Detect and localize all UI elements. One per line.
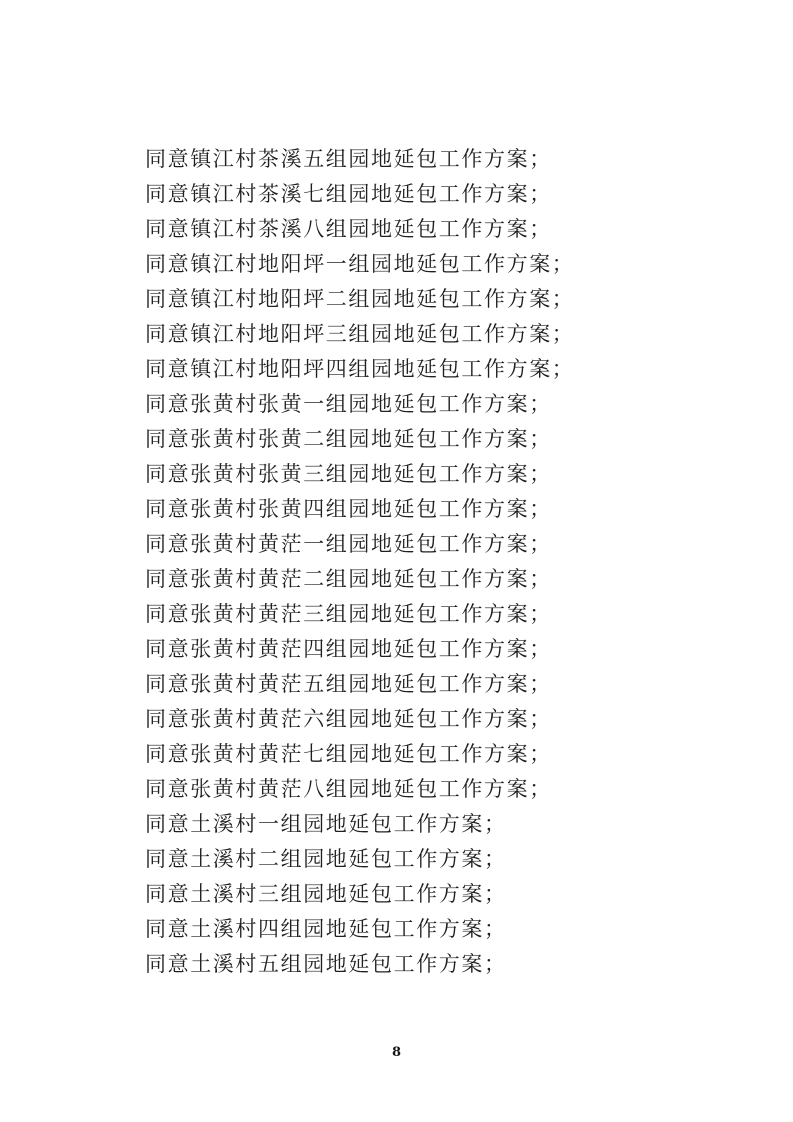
document-line: 同意土溪村三组园地延包工作方案； [145, 877, 733, 912]
document-page: 同意镇江村茶溪五组园地延包工作方案； 同意镇江村茶溪七组园地延包工作方案； 同意… [0, 0, 793, 1122]
document-line: 同意张黄村黄茫四组园地延包工作方案； [145, 632, 733, 667]
page-footer: 8 [0, 1041, 793, 1060]
document-line: 同意张黄村张黄二组园地延包工作方案； [145, 422, 733, 457]
document-line: 同意镇江村茶溪八组园地延包工作方案； [145, 212, 733, 247]
document-line: 同意土溪村四组园地延包工作方案； [145, 912, 733, 947]
document-line: 同意张黄村黄茫八组园地延包工作方案； [145, 772, 733, 807]
document-line: 同意张黄村黄茫七组园地延包工作方案； [145, 737, 733, 772]
document-line: 同意镇江村茶溪七组园地延包工作方案； [145, 177, 733, 212]
document-line: 同意张黄村张黄一组园地延包工作方案； [145, 387, 733, 422]
document-line: 同意镇江村地阳坪三组园地延包工作方案； [145, 317, 733, 352]
document-line: 同意张黄村张黄三组园地延包工作方案； [145, 457, 733, 492]
document-line: 同意土溪村一组园地延包工作方案； [145, 807, 733, 842]
document-line: 同意张黄村黄茫一组园地延包工作方案； [145, 527, 733, 562]
document-line: 同意土溪村二组园地延包工作方案； [145, 842, 733, 877]
document-body: 同意镇江村茶溪五组园地延包工作方案； 同意镇江村茶溪七组园地延包工作方案； 同意… [145, 142, 733, 982]
document-line: 同意镇江村地阳坪二组园地延包工作方案； [145, 282, 733, 317]
document-line: 同意张黄村黄茫六组园地延包工作方案； [145, 702, 733, 737]
page-number: 8 [392, 1045, 401, 1060]
document-line: 同意镇江村茶溪五组园地延包工作方案； [145, 142, 733, 177]
document-line: 同意镇江村地阳坪四组园地延包工作方案； [145, 352, 733, 387]
document-line: 同意土溪村五组园地延包工作方案； [145, 947, 733, 982]
document-line: 同意张黄村张黄四组园地延包工作方案； [145, 492, 733, 527]
document-line: 同意张黄村黄茫五组园地延包工作方案； [145, 667, 733, 702]
document-line: 同意张黄村黄茫三组园地延包工作方案； [145, 597, 733, 632]
document-line: 同意张黄村黄茫二组园地延包工作方案； [145, 562, 733, 597]
document-line: 同意镇江村地阳坪一组园地延包工作方案； [145, 247, 733, 282]
